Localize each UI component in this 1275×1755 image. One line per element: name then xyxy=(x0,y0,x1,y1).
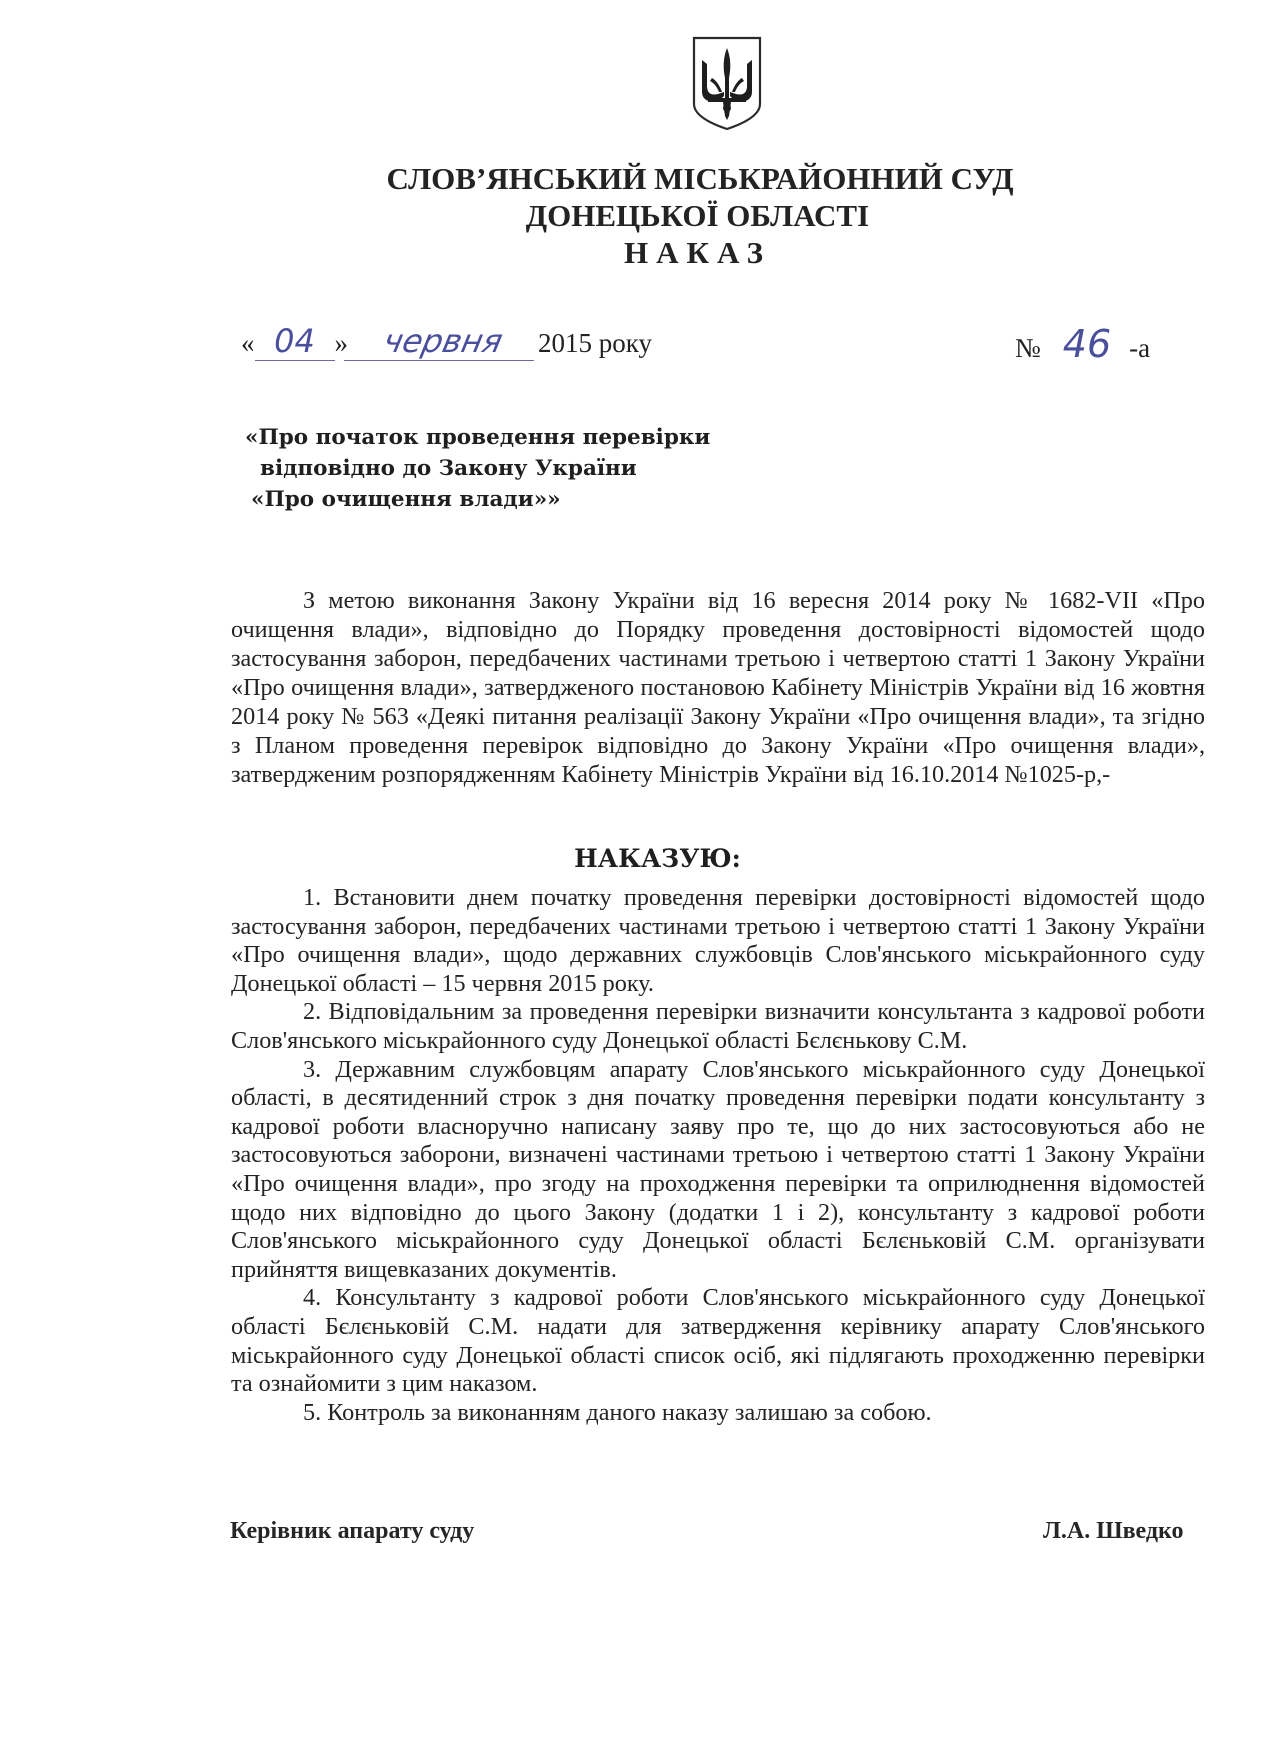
order-item-5: 5. Контроль за виконанням даного наказу … xyxy=(231,1399,1205,1428)
signatory-position: Керівник апарату суду xyxy=(230,1518,474,1545)
order-heading: НАКАЗУЮ: xyxy=(0,844,1275,873)
order-item-4: 4. Консультанту з кадрової роботи Слов'я… xyxy=(231,1284,1205,1398)
order-number: №46-а xyxy=(1015,322,1150,366)
document-page: СЛОВ’ЯНСЬКИЙ МІСЬКРАЙОННИЙ СУД ДОНЕЦЬКОЇ… xyxy=(0,0,1275,1755)
subject-line-2: відповідно до Закону України xyxy=(245,453,710,484)
date-open-quote: « xyxy=(241,328,255,358)
signatory-name: Л.А. Шведко xyxy=(1043,1518,1184,1545)
order-subject: «Про початок проведення перевірки відпов… xyxy=(245,422,710,515)
preamble-paragraph: З метою виконання Закону України від 16 … xyxy=(231,586,1205,789)
number-suffix: -а xyxy=(1129,333,1150,363)
subject-line-1: «Про початок проведення перевірки xyxy=(245,422,710,453)
preamble: З метою виконання Закону України від 16 … xyxy=(231,586,1205,789)
coat-of-arms-icon xyxy=(690,34,764,132)
document-type: НАКАЗ xyxy=(0,234,1275,271)
court-header: СЛОВ’ЯНСЬКИЙ МІСЬКРАЙОННИЙ СУД ДОНЕЦЬКОЇ… xyxy=(0,160,1275,271)
order-item-2: 2. Відповідальним за проведення перевірк… xyxy=(231,998,1205,1055)
order-date: «04»червня2015 року xyxy=(241,322,652,361)
date-year: 2015 року xyxy=(538,328,652,358)
court-name: СЛОВ’ЯНСЬКИЙ МІСЬКРАЙОННИЙ СУД xyxy=(0,160,1275,197)
subject-line-3: «Про очищення влади»» xyxy=(245,484,710,515)
date-day-handwritten: 04 xyxy=(255,322,335,361)
order-item-3: 3. Державним службовцям апарату Слов'янс… xyxy=(231,1056,1205,1285)
order-items: 1. Встановити днем початку проведення пе… xyxy=(231,884,1205,1427)
court-region: ДОНЕЦЬКОЇ ОБЛАСТІ xyxy=(0,197,1275,234)
number-handwritten: 46 xyxy=(1063,322,1111,366)
date-month-handwritten: червня xyxy=(344,322,542,361)
order-item-1: 1. Встановити днем початку проведення пе… xyxy=(231,884,1205,998)
number-sign: № xyxy=(1015,333,1041,363)
